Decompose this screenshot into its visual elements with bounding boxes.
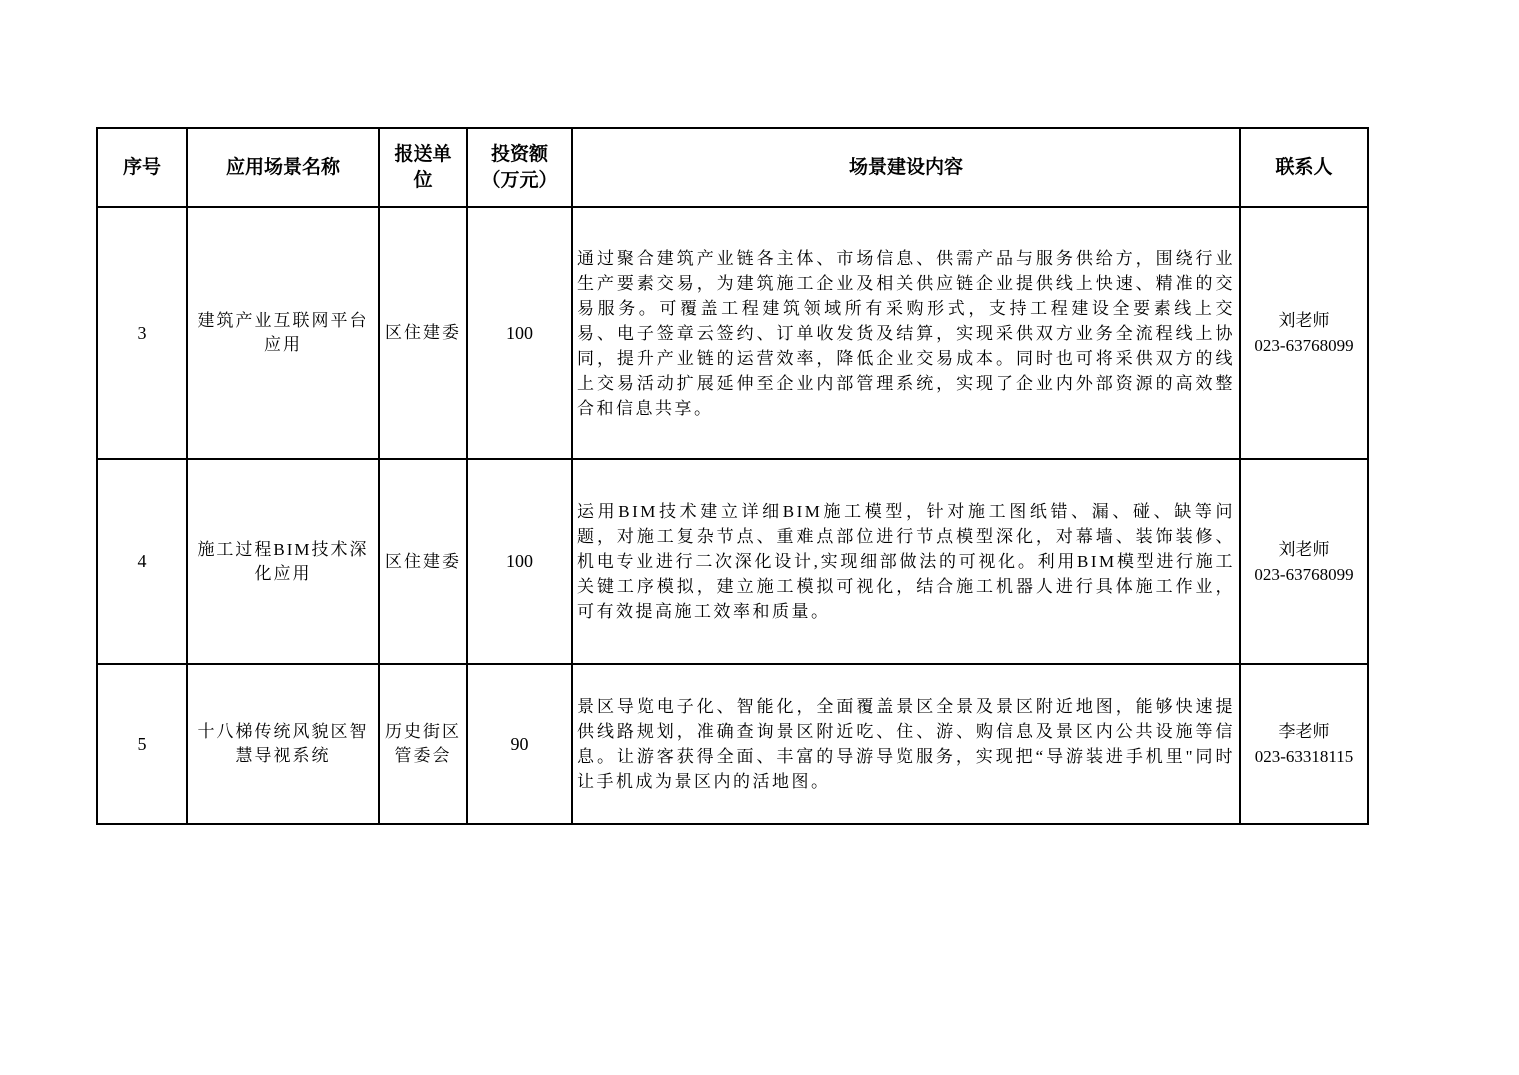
table-row: 3 建筑产业互联网平台应用 区住建委 100 通过聚合建筑产业链各主体、市场信息… [97, 207, 1368, 459]
contact-phone: 023-63768099 [1242, 333, 1366, 358]
cell-content: 景区导览电子化、智能化，全面覆盖景区全景及景区附近地图，能够快速提供线路规划，准… [572, 664, 1240, 824]
header-unit: 报送单位 [379, 128, 467, 207]
scenario-table: 序号 应用场景名称 报送单位 投资额（万元） 场景建设内容 联系人 3 建筑产业… [96, 127, 1369, 825]
header-no: 序号 [97, 128, 187, 207]
contact-name: 刘老师 [1242, 308, 1366, 333]
cell-investment: 100 [467, 459, 572, 664]
contact-phone: 023-63318115 [1242, 744, 1366, 769]
header-contact-label: 联系人 [1275, 157, 1332, 178]
cell-scenario-name: 施工过程BIM技术深化应用 [187, 459, 379, 664]
cell-scenario-name: 十八梯传统风貌区智慧导视系统 [187, 664, 379, 824]
document-page: 序号 应用场景名称 报送单位 投资额（万元） 场景建设内容 联系人 3 建筑产业… [0, 0, 1519, 1075]
header-name-label: 应用场景名称 [226, 157, 340, 178]
header-row: 序号 应用场景名称 报送单位 投资额（万元） 场景建设内容 联系人 [97, 128, 1368, 207]
cell-unit: 区住建委 [379, 459, 467, 664]
cell-contact: 刘老师 023-63768099 [1240, 207, 1368, 459]
cell-investment: 100 [467, 207, 572, 459]
header-name: 应用场景名称 [187, 128, 379, 207]
contact-name: 刘老师 [1242, 537, 1366, 562]
cell-contact: 李老师 023-63318115 [1240, 664, 1368, 824]
table-row: 4 施工过程BIM技术深化应用 区住建委 100 运用BIM技术建立详细BIM施… [97, 459, 1368, 664]
header-contact: 联系人 [1240, 128, 1368, 207]
header-unit-label: 报送单位 [392, 142, 455, 194]
cell-no: 3 [97, 207, 187, 459]
cell-no: 5 [97, 664, 187, 824]
header-investment: 投资额（万元） [467, 128, 572, 207]
header-investment-label: 投资额（万元） [476, 142, 563, 194]
cell-content: 运用BIM技术建立详细BIM施工模型，针对施工图纸错、漏、碰、缺等问题，对施工复… [572, 459, 1240, 664]
cell-content: 通过聚合建筑产业链各主体、市场信息、供需产品与服务供给方，围绕行业生产要素交易，… [572, 207, 1240, 459]
cell-investment: 90 [467, 664, 572, 824]
cell-scenario-name: 建筑产业互联网平台应用 [187, 207, 379, 459]
contact-phone: 023-63768099 [1242, 562, 1366, 587]
header-no-label: 序号 [123, 157, 161, 178]
header-content: 场景建设内容 [572, 128, 1240, 207]
header-content-label: 场景建设内容 [849, 157, 963, 178]
cell-unit: 历史街区管委会 [379, 664, 467, 824]
cell-unit: 区住建委 [379, 207, 467, 459]
cell-contact: 刘老师 023-63768099 [1240, 459, 1368, 664]
contact-name: 李老师 [1242, 719, 1366, 744]
table-row: 5 十八梯传统风貌区智慧导视系统 历史街区管委会 90 景区导览电子化、智能化，… [97, 664, 1368, 824]
cell-no: 4 [97, 459, 187, 664]
